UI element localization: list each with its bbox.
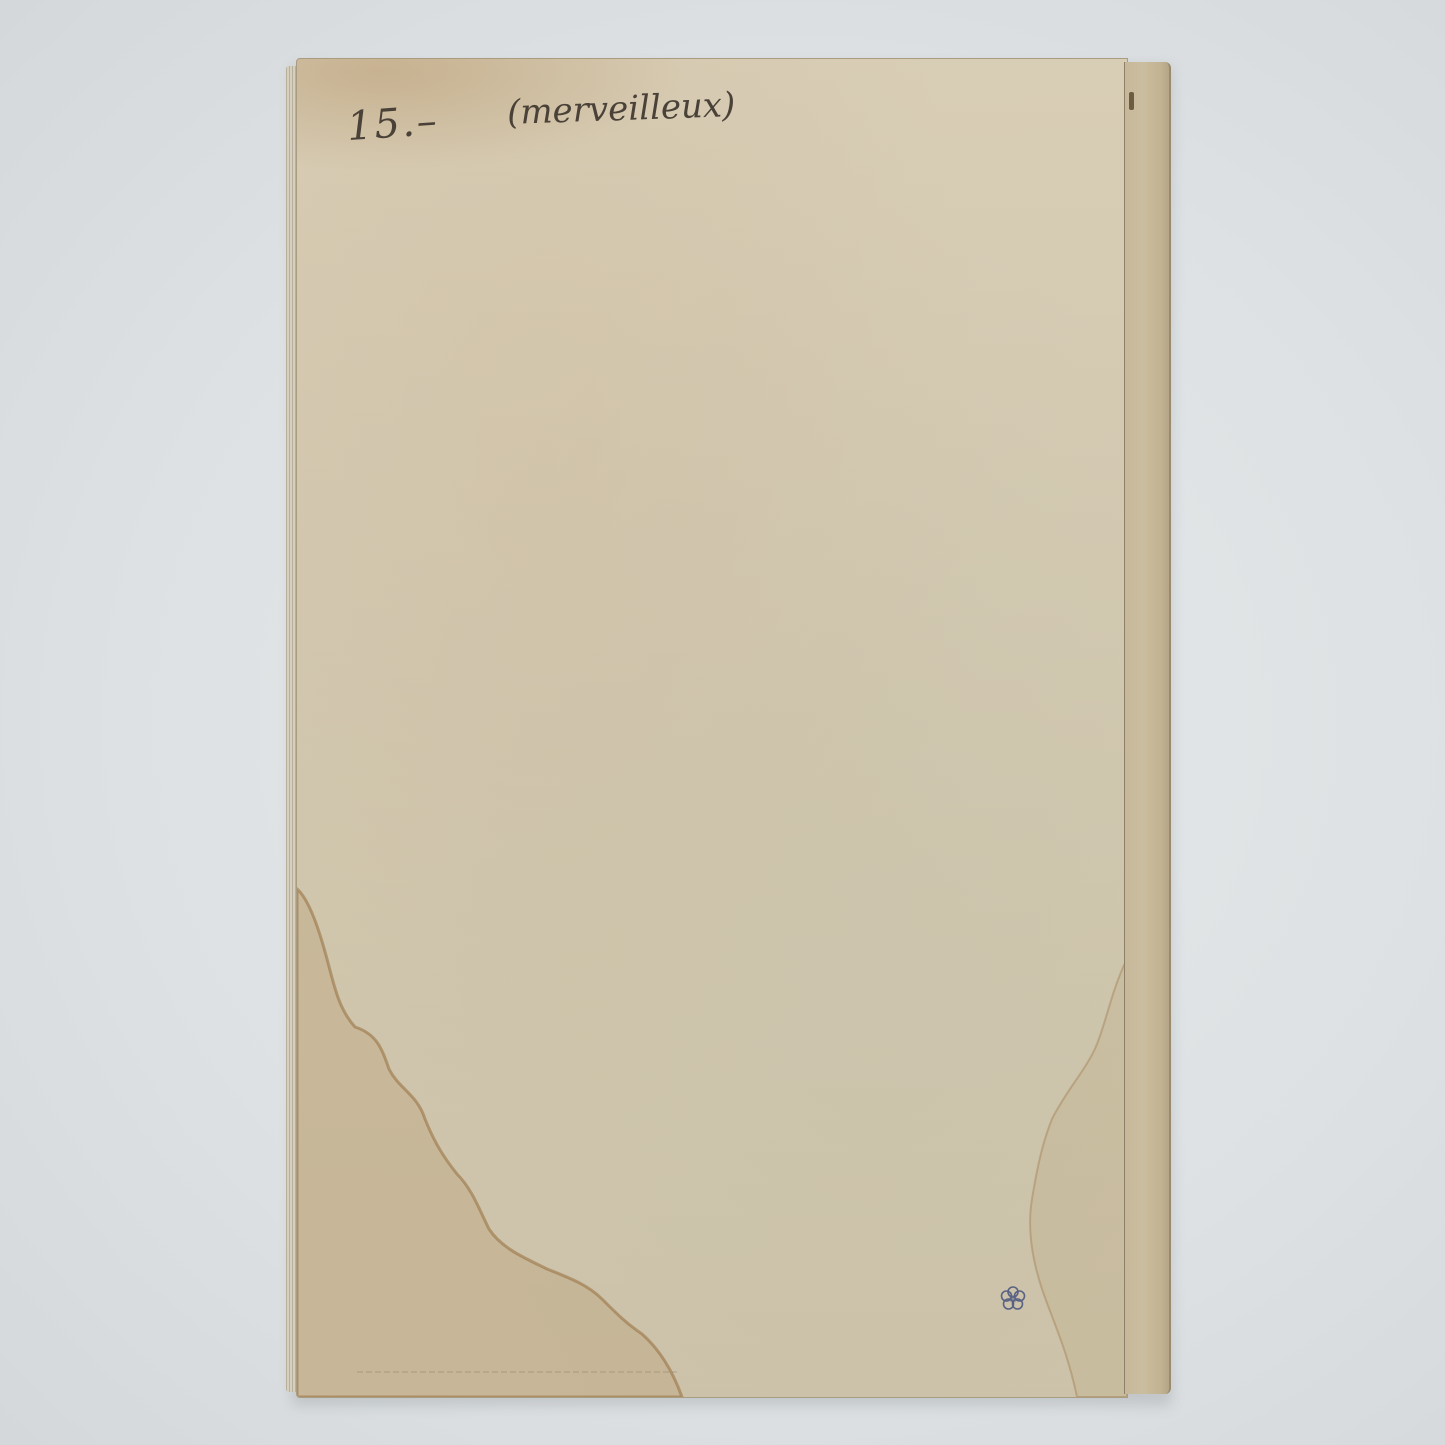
back-cover: 15.– (merveilleux) [296,58,1128,1398]
water-stain-bottom-left [297,59,1127,1397]
book: 15.– (merveilleux) [286,58,1166,1398]
book-spine [1124,62,1171,1394]
handwritten-note: (merveilleux) [506,85,736,133]
flower-stamp-icon [999,1285,1027,1313]
spine-mark [1129,92,1134,110]
handwritten-price: 15.– [346,98,441,150]
